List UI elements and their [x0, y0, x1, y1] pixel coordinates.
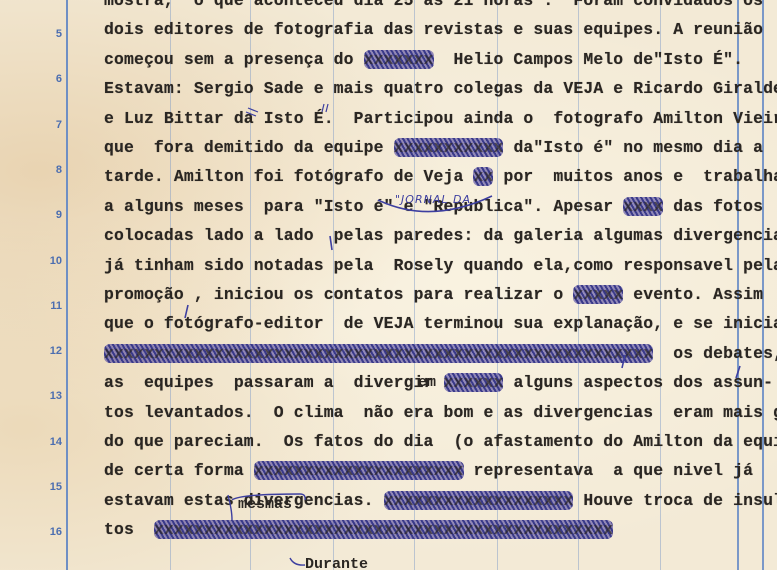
document-page: 5678910111213141516 mostra, o que aconte… — [0, 0, 777, 570]
pen-marks — [0, 0, 777, 570]
